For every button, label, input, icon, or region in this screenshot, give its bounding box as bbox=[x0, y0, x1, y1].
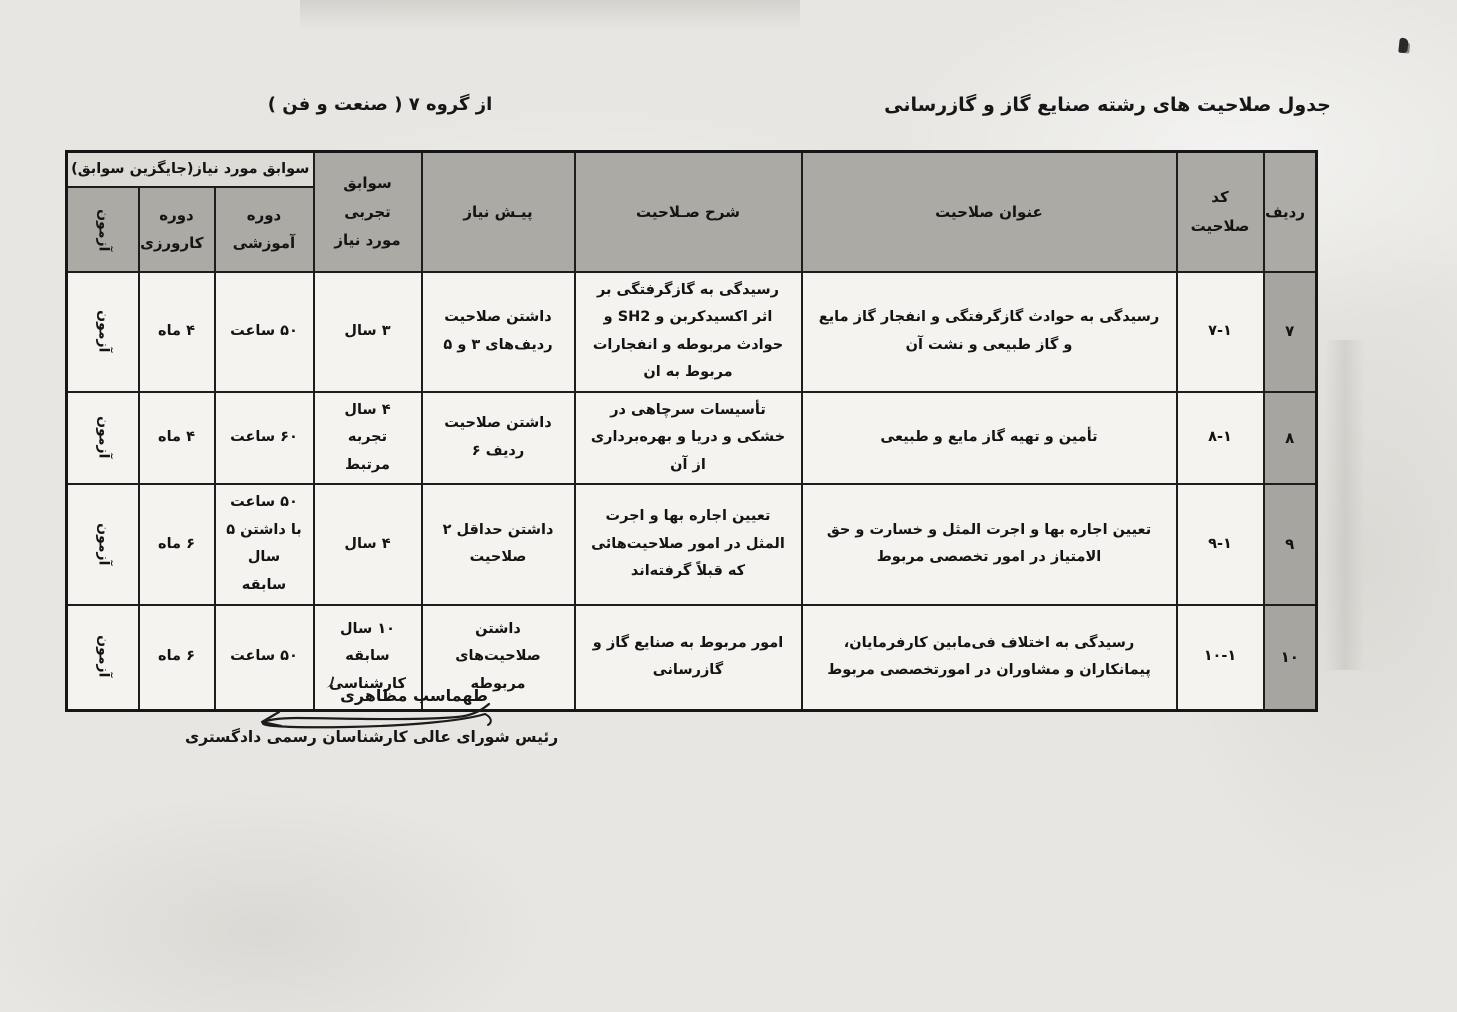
cell-desc: تأسیسات سرچاهی در خشکی و دریا و بهره‌برد… bbox=[575, 392, 802, 485]
cell-exam: آزمون bbox=[67, 272, 139, 392]
signature-scribble bbox=[257, 700, 497, 730]
header-internship: دوره کارورزی bbox=[139, 187, 215, 272]
cell-radif: ۱۰ bbox=[1264, 605, 1317, 711]
ink-mark bbox=[1398, 38, 1409, 54]
header-merged-substitute-records: سوابق مورد نیاز(جایگزین سوابق) bbox=[67, 152, 314, 187]
cell-desc: رسیدگی به گازگرفتگی بر اثر اکسیدکربن و S… bbox=[575, 272, 802, 392]
cell-prereq: داشتن صلاحیت ردیف ۶ bbox=[422, 392, 575, 485]
cell-experience: ۳ سال bbox=[314, 272, 422, 392]
exam-value: آزمون bbox=[89, 416, 116, 458]
table-row: ۹ ۹-۱ تعیین اجاره بها و اجرت المثل و خسا… bbox=[67, 484, 1317, 604]
header-desc: شرح صـلاحیت bbox=[575, 152, 802, 272]
header-title: عنوان صلاحیت bbox=[802, 152, 1177, 272]
table-row: ۷ ۷-۱ رسیدگی به حوادث گازگرفتگی و انفجار… bbox=[67, 272, 1317, 392]
cell-experience: ۴ سال تجربه مرتبط bbox=[314, 392, 422, 485]
cell-internship: ۴ ماه bbox=[139, 392, 215, 485]
cell-desc: تعیین اجاره بها و اجرت المثل در امور صلا… bbox=[575, 484, 802, 604]
cell-training: ۵۰ ساعت با داشتن ۵ سال سابقه bbox=[215, 484, 314, 604]
cell-training: ۵۰ ساعت bbox=[215, 272, 314, 392]
header-exam: آزمون bbox=[67, 187, 139, 272]
cell-code: ۷-۱ bbox=[1177, 272, 1264, 392]
signature-tick-mark bbox=[326, 675, 335, 688]
signature-block: طهماسب مظاهری رئیس شورای عالی کارشناسان … bbox=[185, 680, 500, 760]
cell-title: رسیدگی به اختلاف فی‌مابین کارفرمایان، پی… bbox=[802, 605, 1177, 711]
code-value: ۱۰-۱ bbox=[1204, 648, 1237, 664]
cell-radif: ۹ bbox=[1264, 484, 1317, 604]
code-value: ۸-۱ bbox=[1208, 429, 1232, 445]
cell-exam: آزمون bbox=[67, 484, 139, 604]
cell-desc: امور مربوط به صنایع گاز و گازرسانی bbox=[575, 605, 802, 711]
exam-value: آزمون bbox=[89, 636, 116, 678]
exam-value: آزمون bbox=[89, 523, 116, 565]
scan-smudge bbox=[300, 0, 800, 30]
cell-code: ۸-۱ bbox=[1177, 392, 1264, 485]
signer-role: رئیس شورای عالی کارشناسان رسمی دادگستری bbox=[185, 728, 558, 746]
code-value: ۷-۱ bbox=[1208, 323, 1232, 339]
scan-smudge bbox=[1325, 340, 1365, 670]
header-code: کد صلاحیت bbox=[1177, 152, 1264, 272]
cell-radif: ۸ bbox=[1264, 392, 1317, 485]
header-prereq: پیـش نیاز bbox=[422, 152, 575, 272]
cell-prereq: داشتن صلاحیت ردیف‌های ۳ و ۵ bbox=[422, 272, 575, 392]
header-experience: سوابق تجربی مورد نیاز bbox=[314, 152, 422, 272]
cell-code: ۱۰-۱ bbox=[1177, 605, 1264, 711]
exam-value: آزمون bbox=[89, 310, 116, 352]
group-subtitle: از گروه ۷ ( صنعت و فن ) bbox=[225, 94, 535, 115]
cell-experience: ۴ سال bbox=[314, 484, 422, 604]
cell-exam: آزمون bbox=[67, 605, 139, 711]
header-exam-label: آزمون bbox=[89, 209, 116, 251]
cell-title: رسیدگی به حوادث گازگرفتگی و انفجار گاز م… bbox=[802, 272, 1177, 392]
cell-code: ۹-۱ bbox=[1177, 484, 1264, 604]
cell-training: ۶۰ ساعت bbox=[215, 392, 314, 485]
cell-radif: ۷ bbox=[1264, 272, 1317, 392]
cell-prereq: داشتن حداقل ۲ صلاحیت bbox=[422, 484, 575, 604]
cell-title: تعیین اجاره بها و اجرت المثل و خسارت و ح… bbox=[802, 484, 1177, 604]
cell-title: تأمین و تهیه گاز مایع و طبیعی bbox=[802, 392, 1177, 485]
qualifications-table: ردیف کد صلاحیت عنوان صلاحیت شرح صـلاحیت … bbox=[65, 150, 1318, 712]
code-value: ۹-۱ bbox=[1208, 536, 1232, 552]
cell-exam: آزمون bbox=[67, 392, 139, 485]
header-radif: ردیف bbox=[1264, 152, 1317, 272]
cell-internship: ۴ ماه bbox=[139, 272, 215, 392]
header-training: دوره آموزشی bbox=[215, 187, 314, 272]
page-title: جدول صلاحیت های رشته صنایع گاز و گازرسان… bbox=[880, 94, 1335, 116]
table-row: ۸ ۸-۱ تأمین و تهیه گاز مایع و طبیعی تأسی… bbox=[67, 392, 1317, 485]
cell-internship: ۶ ماه bbox=[139, 484, 215, 604]
